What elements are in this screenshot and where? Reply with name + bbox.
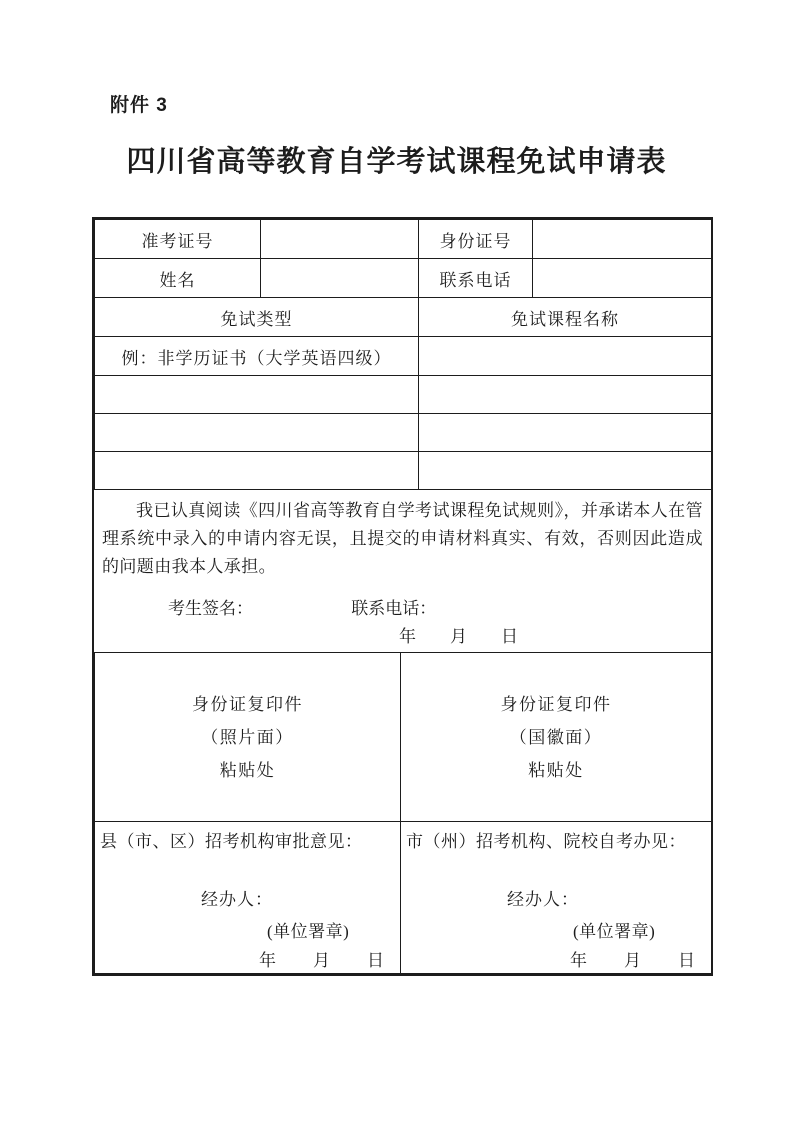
unit-seal-note: (单位署章) — [401, 920, 711, 944]
table-row — [95, 414, 712, 452]
unit-seal-note: (单位署章) — [95, 920, 400, 944]
page-title: 四川省高等教育自学考试课程免试申请表 — [0, 139, 793, 180]
contact-phone-label: 联系电话： — [351, 599, 436, 618]
example-type-cell: 例：非学历证书（大学英语四级） — [95, 337, 419, 376]
applicant-info-table: 准考证号 身份证号 姓名 联系电话 免试类型 免试课程名称 例：非学历证书（大学… — [94, 219, 712, 490]
example-course-cell — [419, 337, 712, 376]
table-row — [95, 452, 712, 490]
id-card-value — [533, 220, 712, 259]
table-row: 姓名 联系电话 — [95, 259, 712, 298]
attachment-approval-table: 身份证复印件 （照片面） 粘贴处 身份证复印件 （国徽面） 粘贴处 县（市、区）… — [94, 652, 712, 974]
city-approval-cell: 市（州）招考机构、院校自考办见： 经办人： (单位署章) 年 月 日 — [401, 822, 712, 974]
exemption-type-cell — [95, 376, 419, 414]
attachment-label: 附件 3 — [110, 90, 168, 117]
exemption-type-header: 免试类型 — [95, 298, 419, 337]
signature-label: 考生签名： — [168, 599, 253, 618]
exemption-course-header: 免试课程名称 — [419, 298, 712, 337]
handler-label: 经办人： — [401, 888, 711, 912]
phone-value — [533, 259, 712, 298]
application-form-table: 准考证号 身份证号 姓名 联系电话 免试类型 免试课程名称 例：非学历证书（大学… — [92, 217, 713, 976]
exemption-course-cell — [419, 376, 712, 414]
declaration-text: 我已认真阅读《四川省高等教育自学考试课程免试规则》，并承诺本人在管理系统中录入的… — [102, 497, 703, 581]
id-copy-emblem-side-cell: 身份证复印件 （国徽面） 粘贴处 — [401, 653, 712, 822]
table-row: 身份证复印件 （照片面） 粘贴处 身份证复印件 （国徽面） 粘贴处 — [95, 653, 712, 822]
id-copy-line: （照片面） — [95, 721, 400, 754]
id-copy-photo-side-cell: 身份证复印件 （照片面） 粘贴处 — [95, 653, 401, 822]
exam-id-value — [261, 220, 419, 259]
declaration-date-line: 年 月 日 — [102, 623, 703, 651]
name-label: 姓名 — [95, 259, 261, 298]
id-copy-line: （国徽面） — [401, 721, 711, 754]
id-copy-line: 粘贴处 — [95, 754, 400, 787]
exemption-course-cell — [419, 414, 712, 452]
exemption-type-cell — [95, 414, 419, 452]
name-value — [261, 259, 419, 298]
approval-date-line: 年 月 日 — [95, 949, 400, 973]
approval-date-line: 年 月 日 — [401, 949, 711, 973]
declaration-section: 我已认真阅读《四川省高等教育自学考试课程免试规则》，并承诺本人在管理系统中录入的… — [94, 490, 711, 652]
signature-line: 考生签名： 联系电话： — [102, 595, 703, 623]
table-row: 县（市、区）招考机构审批意见： 经办人： (单位署章) 年 月 日 市（州）招考… — [95, 822, 712, 974]
city-approval-title: 市（州）招考机构、院校自考办见： — [401, 822, 711, 854]
table-row: 准考证号 身份证号 — [95, 220, 712, 259]
handler-label: 经办人： — [95, 888, 400, 912]
id-copy-line: 身份证复印件 — [401, 688, 711, 721]
exemption-course-cell — [419, 452, 712, 490]
table-row: 免试类型 免试课程名称 — [95, 298, 712, 337]
phone-label: 联系电话 — [419, 259, 533, 298]
document-page: 附件 3 四川省高等教育自学考试课程免试申请表 准考证号 身份证号 姓名 联系电… — [0, 0, 793, 1122]
id-card-label: 身份证号 — [419, 220, 533, 259]
county-approval-title: 县（市、区）招考机构审批意见： — [95, 822, 400, 854]
id-copy-line: 身份证复印件 — [95, 688, 400, 721]
exam-id-label: 准考证号 — [95, 220, 261, 259]
id-copy-line: 粘贴处 — [401, 754, 711, 787]
exemption-type-cell — [95, 452, 419, 490]
table-row — [95, 376, 712, 414]
table-row: 例：非学历证书（大学英语四级） — [95, 337, 712, 376]
county-approval-cell: 县（市、区）招考机构审批意见： 经办人： (单位署章) 年 月 日 — [95, 822, 401, 974]
